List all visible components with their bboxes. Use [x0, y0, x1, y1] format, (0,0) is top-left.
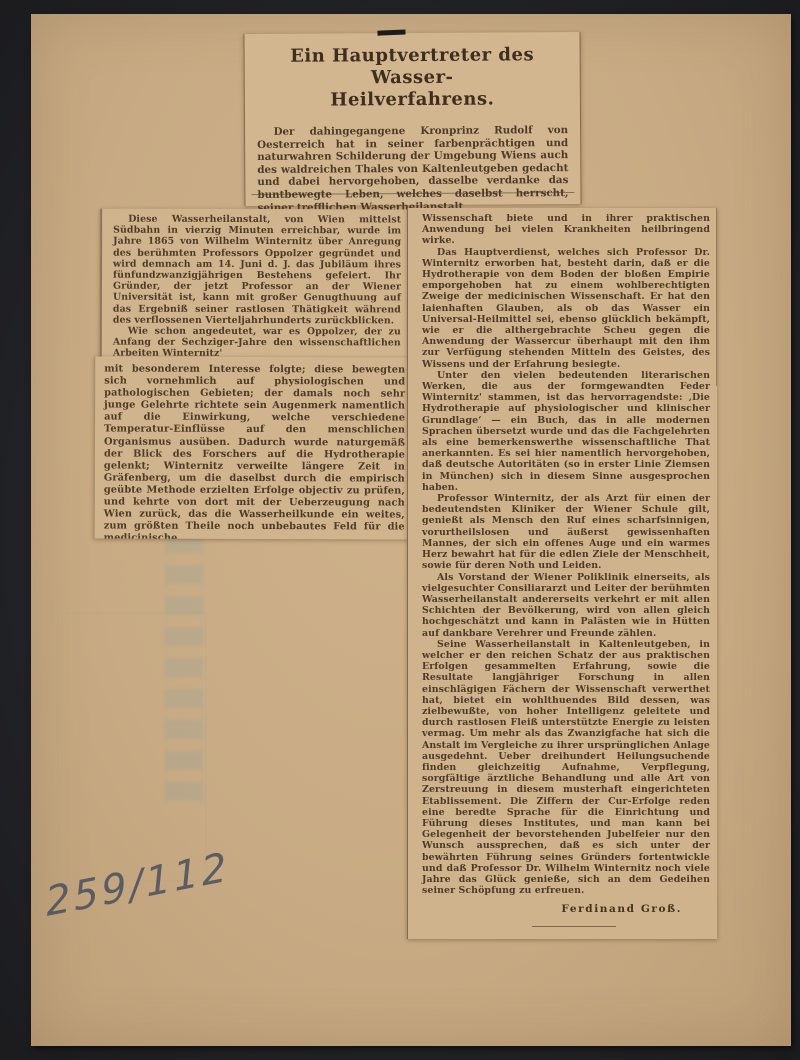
- paragraph: Professor Winternitz, der als Arzt für e…: [422, 493, 710, 571]
- paragraph: Das Hauptverdienst, welches sich Profess…: [422, 247, 710, 370]
- paragraph: Als Vorstand der Wiener Poliklinik einer…: [422, 572, 710, 639]
- clipping-left-column-upper: Diese Wasserheilanstalt, von Wien mittel…: [100, 209, 410, 362]
- ink-mark: [377, 30, 405, 36]
- paragraph: Wissenschaft biete und in ihrer praktisc…: [422, 213, 710, 247]
- paragraph: Seine Wasserheilanstalt in Kaltenleutgeb…: [422, 639, 710, 897]
- paragraph: Unter den vielen bedeutenden literarisch…: [422, 370, 710, 493]
- end-rule: [532, 926, 616, 927]
- faint-impression-outline: [57, 612, 207, 882]
- article-title-line2: Heilverfahrens.: [257, 88, 568, 112]
- clipping-left-column-lower: mit besonderem Interesse folgte; diese b…: [94, 356, 415, 539]
- article-lead-paragraph: Der dahingegangene Kronprinz Rudolf von …: [257, 124, 569, 214]
- album-page: Ein Hauptvertreter des Wasser- Heilverfa…: [31, 14, 791, 1046]
- paragraph: Wie schon angedeutet, war es Oppolzer, d…: [113, 326, 401, 360]
- clipping-right-column: Wissenschaft biete und in ihrer praktisc…: [407, 208, 717, 939]
- article-title-line1: Ein Hauptvertreter des Wasser-: [257, 44, 568, 90]
- scan-background: Ein Hauptvertreter des Wasser- Heilverfa…: [0, 0, 800, 1060]
- article-signature: Ferdinand Groß.: [422, 903, 710, 915]
- clipping-headline: Ein Hauptvertreter des Wasser- Heilverfa…: [243, 32, 581, 206]
- paragraph: mit besonderem Interesse folgte; diese b…: [104, 363, 406, 539]
- spacer: [257, 110, 568, 117]
- paragraph: Diese Wasserheilanstalt, von Wien mittel…: [113, 214, 401, 327]
